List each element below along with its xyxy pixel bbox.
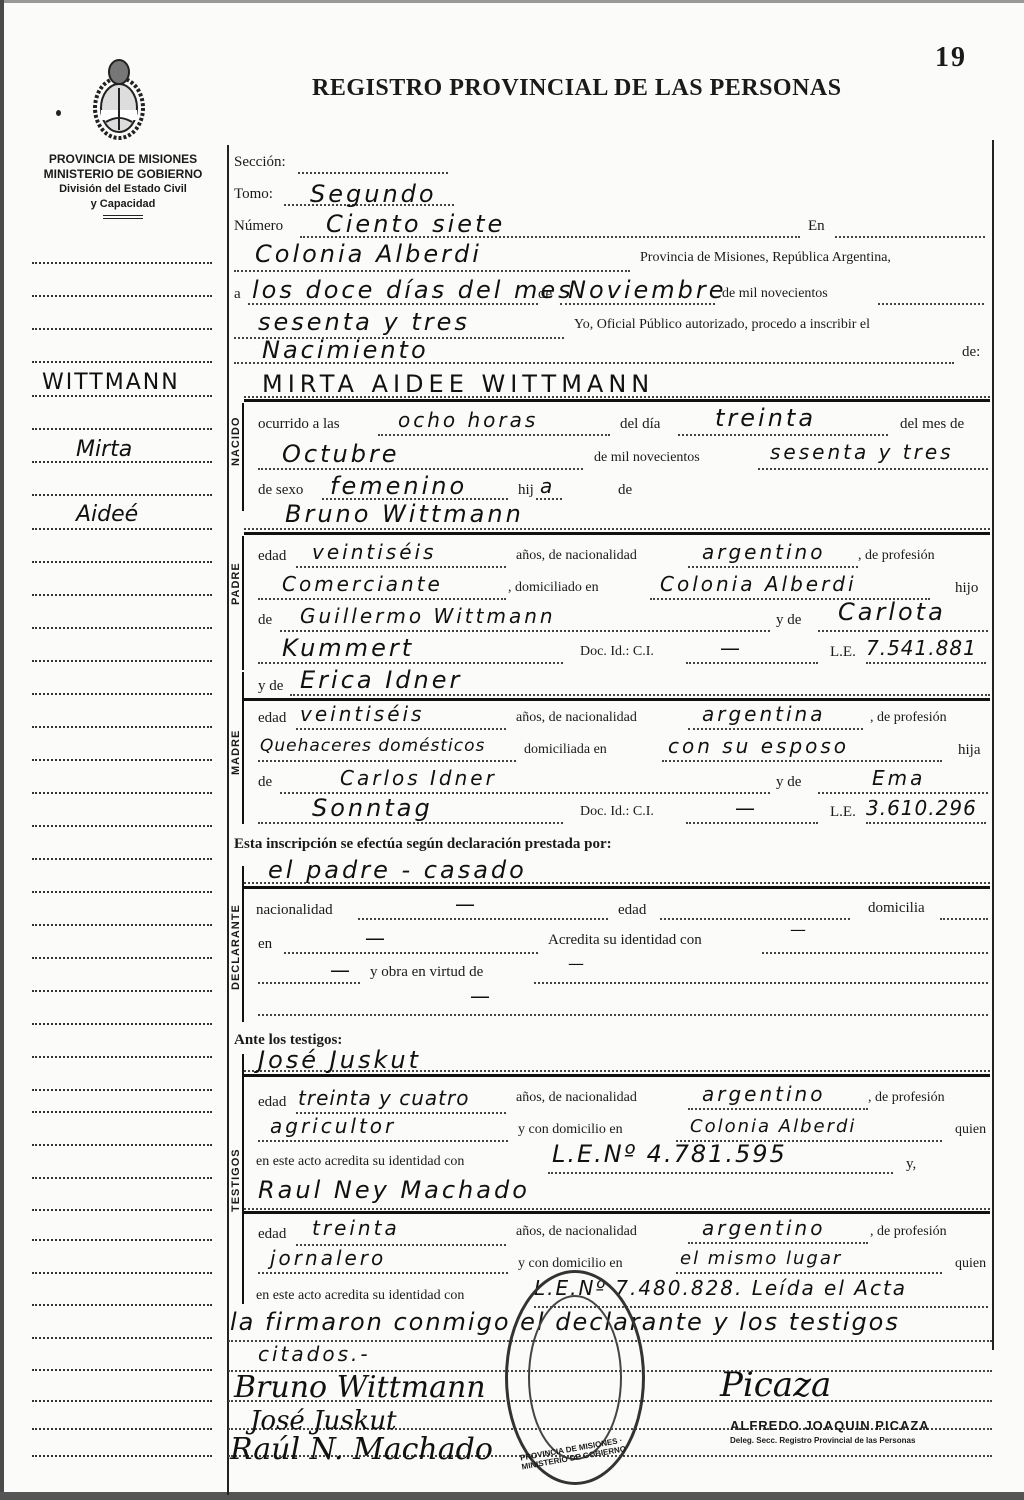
margin-line bbox=[32, 1056, 212, 1058]
year-field bbox=[758, 468, 988, 470]
margin-line bbox=[32, 528, 212, 530]
de-label: de bbox=[618, 482, 632, 499]
margin-line bbox=[32, 594, 212, 596]
maternal-grandmother-first: Ema bbox=[872, 766, 925, 790]
issuer-rule bbox=[103, 215, 143, 219]
margin-line bbox=[32, 792, 212, 794]
margin-line bbox=[32, 361, 212, 363]
quien-label: quien bbox=[955, 1256, 986, 1272]
year-field-a bbox=[878, 303, 984, 305]
witness1-profession: agricultor bbox=[270, 1114, 396, 1138]
mother-name-value: Erica Idner bbox=[300, 666, 462, 694]
margin-surname: WITTMANN bbox=[42, 370, 180, 395]
margin-line bbox=[32, 660, 212, 662]
declarante-intro: Esta inscripción se efectúa según declar… bbox=[234, 836, 612, 853]
a-label: a bbox=[234, 286, 241, 303]
maternal-grandfather-value: Carlos Idner bbox=[340, 766, 497, 790]
mother-le-value: 3.610.296 bbox=[866, 796, 977, 820]
act-type-value: Nacimiento bbox=[262, 336, 429, 364]
le-label: L.E. bbox=[830, 804, 856, 821]
de-label: de bbox=[258, 774, 272, 791]
edad-label: edad bbox=[258, 1094, 286, 1111]
page-number: 19 bbox=[935, 42, 967, 74]
witness1-address: Colonia Alberdi bbox=[690, 1116, 856, 1137]
witness2-name: Raul Ney Machado bbox=[258, 1176, 530, 1204]
document-title: REGISTRO PROVINCIAL DE LAS PERSONAS bbox=[312, 75, 842, 102]
section-rule bbox=[244, 399, 990, 403]
mother-nationality-value: argentina bbox=[702, 702, 825, 726]
quien-label: quien bbox=[955, 1122, 986, 1138]
domicilio-field bbox=[662, 760, 942, 762]
margin-line bbox=[32, 1400, 212, 1402]
form-right-border bbox=[992, 140, 994, 1350]
le-label: L.E. bbox=[830, 644, 856, 661]
grandmother-field bbox=[818, 630, 988, 632]
closing-text-2: citados.- bbox=[258, 1342, 371, 1366]
domicilio-label: , domiciliado en bbox=[508, 580, 599, 596]
margin-line bbox=[32, 759, 212, 761]
hij-field bbox=[536, 498, 562, 500]
declarante-bar bbox=[242, 866, 244, 1022]
mother-ci-value: — bbox=[735, 796, 758, 820]
profesion-label: , de profesión bbox=[870, 710, 947, 726]
margin-line bbox=[32, 561, 212, 563]
declarante-extra-field bbox=[258, 1014, 988, 1016]
profesion-label: , de profesión bbox=[868, 1090, 945, 1106]
ci-field bbox=[686, 662, 818, 664]
nacionalidad-label: años, de nacionalidad bbox=[516, 710, 637, 726]
issuer-province: PROVINCIA DE MISIONES bbox=[28, 152, 218, 167]
seccion-label: Sección: bbox=[234, 154, 286, 171]
hija-label: hija bbox=[958, 742, 981, 759]
edad-label: edad bbox=[258, 548, 286, 565]
nacionalidad-field bbox=[688, 1242, 868, 1244]
margin-line bbox=[32, 328, 212, 330]
obra-prefix-field bbox=[258, 982, 360, 984]
witness2-age: treinta bbox=[312, 1216, 400, 1240]
acredita-field bbox=[548, 1172, 893, 1174]
le-field bbox=[866, 662, 986, 664]
birth-month-value: Octubre bbox=[282, 440, 400, 468]
witness1-name: José Juskut bbox=[258, 1046, 421, 1074]
margin-line bbox=[32, 858, 212, 860]
margin-line bbox=[32, 1209, 212, 1211]
profesion-label: , de profesión bbox=[858, 548, 935, 564]
witness1-age: treinta y cuatro bbox=[298, 1086, 469, 1110]
profesion-field bbox=[258, 760, 516, 762]
witness2-profession: jornalero bbox=[270, 1246, 386, 1270]
nacionalidad-label: años, de nacionalidad bbox=[516, 1224, 637, 1240]
ocurrido-label: ocurrido a las bbox=[258, 416, 340, 433]
margin-line bbox=[32, 1023, 212, 1025]
section-rule bbox=[244, 886, 990, 890]
nacionalidad-field bbox=[358, 918, 608, 920]
de-label: de bbox=[538, 286, 552, 303]
nacionalidad-field bbox=[688, 728, 863, 730]
month-value: Noviembre bbox=[568, 276, 727, 304]
margin-line bbox=[32, 1177, 212, 1179]
profesion-field bbox=[258, 598, 506, 600]
seal-inner-ring bbox=[528, 1295, 622, 1460]
issuer-capacity: y Capacidad bbox=[28, 197, 218, 212]
acredita-label: Acredita su identidad con bbox=[548, 932, 702, 949]
domicilia-field bbox=[940, 918, 988, 920]
margin-line bbox=[32, 1089, 212, 1091]
margin-line bbox=[32, 1272, 212, 1274]
witness1-nationality: argentino bbox=[702, 1082, 825, 1106]
acredita-label: en este acto acredita su identidad con bbox=[256, 1288, 464, 1304]
section-rule bbox=[244, 1211, 990, 1215]
obra-label: y obra en virtud de bbox=[370, 964, 483, 981]
witness2-address: el mismo lugar bbox=[680, 1248, 842, 1269]
domicilia-label: domicilia bbox=[868, 900, 925, 917]
testigos-label: TESTIGOS bbox=[230, 1148, 242, 1212]
margin-line bbox=[32, 428, 212, 430]
y-label: y, bbox=[906, 1156, 916, 1173]
madre-bar bbox=[242, 672, 244, 824]
declarante-en-value: — bbox=[365, 926, 388, 950]
ink-dot bbox=[56, 110, 61, 116]
y-de-label: y de bbox=[258, 678, 283, 695]
margin-line bbox=[32, 494, 212, 496]
en-label: en bbox=[258, 936, 272, 953]
margin-line bbox=[32, 395, 212, 397]
en-field bbox=[284, 952, 538, 954]
year-value: sesenta y tres bbox=[258, 308, 470, 336]
nacionalidad-field bbox=[688, 566, 858, 568]
grandmother-surname-field bbox=[258, 822, 563, 824]
father-ci-value: — bbox=[720, 636, 743, 660]
witness2-name-field bbox=[244, 1208, 990, 1210]
seccion-field bbox=[298, 172, 448, 174]
witness1-id: L.E.Nº 4.781.595 bbox=[552, 1140, 787, 1168]
margin-line bbox=[32, 924, 212, 926]
de-label: de bbox=[258, 612, 272, 629]
officer-name: ALFREDO JOAQUIN PICAZA bbox=[730, 1418, 930, 1433]
officer-role: Deleg. Secc. Registro Provincial de las … bbox=[730, 1436, 915, 1445]
edad-field bbox=[660, 918, 850, 920]
doc-label: Doc. Id.: C.I. bbox=[580, 804, 654, 820]
margin-divider bbox=[227, 145, 229, 1495]
province-text: Provincia de Misiones, República Argenti… bbox=[640, 250, 891, 266]
issuer-block: PROVINCIA DE MISIONES MINISTERIO DE GOBI… bbox=[28, 152, 218, 219]
nacido-bar bbox=[242, 403, 244, 511]
margin-line bbox=[32, 957, 212, 959]
mother-profession-value: Quehaceres domésticos bbox=[260, 736, 485, 756]
father-age-value: veintiséis bbox=[312, 540, 436, 564]
hour-value: ocho horas bbox=[398, 408, 538, 432]
official-seal: PROVINCIA DE MISIONES · MINISTERIO DE GO… bbox=[505, 1270, 645, 1485]
father-le-value: 7.541.881 bbox=[866, 636, 977, 660]
margin-line bbox=[32, 1455, 212, 1457]
margin-line bbox=[32, 990, 212, 992]
domicilio-label: domiciliada en bbox=[524, 742, 607, 758]
signature-declarante: Bruno Wittmann bbox=[234, 1370, 486, 1405]
mother-address-value: con su esposo bbox=[668, 734, 849, 758]
argentine-coat-of-arms-icon bbox=[88, 58, 150, 144]
full-name-value: MIRTA AIDEE WITTMANN bbox=[262, 370, 654, 398]
grandfather-field bbox=[280, 630, 770, 632]
madre-label: MADRE bbox=[230, 730, 242, 775]
maternal-grandmother-surname: Sonntag bbox=[312, 794, 433, 822]
signature-witness2: Raúl N. Machado bbox=[230, 1432, 493, 1467]
paternal-grandfather-value: Guillermo Wittmann bbox=[300, 604, 556, 628]
profesion-field bbox=[258, 1140, 508, 1142]
sexo-label: de sexo bbox=[258, 482, 303, 499]
de-colon: de: bbox=[962, 344, 980, 361]
father-nationality-value: argentino bbox=[702, 540, 825, 564]
tomo-value: Segundo bbox=[310, 180, 437, 208]
dia-label: del día bbox=[620, 416, 660, 433]
hour-field bbox=[378, 434, 610, 436]
paternal-grandmother-first: Carlota bbox=[838, 598, 946, 626]
declarante-extra-value: — bbox=[470, 984, 493, 1008]
domicilio-field bbox=[676, 1272, 942, 1274]
page-edge-bottom bbox=[0, 1492, 1024, 1500]
witness2-nationality: argentino bbox=[702, 1216, 825, 1240]
margin-line bbox=[32, 295, 212, 297]
margin-line bbox=[32, 262, 212, 264]
acredita-label: en este acto acredita su identidad con bbox=[256, 1154, 464, 1170]
doc-label: Doc. Id.: C.I. bbox=[580, 644, 654, 660]
declarante-label: DECLARANTE bbox=[230, 904, 242, 990]
domicilio-label: y con domicilio en bbox=[518, 1122, 623, 1138]
father-name-value: Bruno Wittmann bbox=[285, 500, 524, 528]
page-edge-top bbox=[0, 0, 1024, 3]
nacionalidad-label: años, de nacionalidad bbox=[516, 1090, 637, 1106]
nacido-label: NACIDO bbox=[230, 417, 242, 466]
hijo-label: hijo bbox=[955, 580, 978, 597]
margin-line bbox=[32, 825, 212, 827]
father-address-value: Colonia Alberdi bbox=[660, 572, 857, 596]
section-rule bbox=[244, 532, 990, 536]
margin-first-name: Mirta bbox=[76, 437, 132, 462]
obra-field bbox=[534, 982, 988, 984]
acredita-field bbox=[762, 952, 988, 954]
hij-value: a bbox=[540, 474, 555, 498]
sexo-value: femenino bbox=[330, 472, 467, 500]
margin-line bbox=[32, 1304, 212, 1306]
declarante-nationality-value: — bbox=[455, 892, 478, 916]
margin-line bbox=[32, 627, 212, 629]
testigos-bar bbox=[242, 1054, 244, 1304]
edad-field bbox=[296, 728, 506, 730]
father-profession-value: Comerciante bbox=[282, 572, 443, 596]
numero-value: Ciento siete bbox=[326, 210, 505, 238]
mes-label: del mes de bbox=[900, 416, 964, 433]
padre-bar bbox=[242, 536, 244, 670]
hij-label: hij bbox=[518, 482, 534, 499]
le-field bbox=[866, 822, 986, 824]
declarante-name-value: el padre - casado bbox=[268, 856, 527, 884]
signature-officer: Picaza bbox=[720, 1365, 831, 1405]
margin-line bbox=[32, 1144, 212, 1146]
tomo-label: Tomo: bbox=[234, 186, 273, 203]
issuer-ministry: MINISTERIO DE GOBIERNO bbox=[28, 167, 218, 182]
declarante-obra-prefix: — bbox=[330, 958, 353, 982]
margin-line bbox=[32, 891, 212, 893]
margin-line bbox=[32, 1428, 212, 1430]
year-label: de mil novecientos bbox=[594, 450, 700, 466]
en-label: En bbox=[808, 218, 825, 235]
en-field bbox=[835, 236, 985, 238]
declarante-acredita-value: — bbox=[790, 920, 809, 939]
edad-label: edad bbox=[258, 1226, 286, 1243]
birth-year-value: sesenta y tres bbox=[770, 440, 954, 464]
day-value: los doce días del mes bbox=[252, 276, 574, 304]
grandmother-surname-field bbox=[258, 662, 563, 664]
profesion-field bbox=[258, 1272, 508, 1274]
official-text: Yo, Oficial Público autorizado, procedo … bbox=[574, 317, 870, 333]
issuer-division: División del Estado Civil bbox=[28, 182, 218, 197]
padre-label: PADRE bbox=[230, 562, 242, 605]
margin-line bbox=[32, 1111, 212, 1113]
margin-line bbox=[32, 1239, 212, 1241]
margin-line bbox=[32, 1369, 212, 1371]
place-field bbox=[234, 270, 630, 272]
nacionalidad-label: nacionalidad bbox=[256, 902, 333, 919]
margin-line bbox=[32, 726, 212, 728]
nacionalidad-field bbox=[688, 1108, 868, 1110]
page-edge-left bbox=[0, 0, 4, 1500]
day-field bbox=[678, 434, 888, 436]
profesion-label: , de profesión bbox=[870, 1224, 947, 1240]
birth-certificate-page: 19 REGISTRO PROVINCIAL DE LAS PERSONAS P… bbox=[0, 0, 1024, 1500]
year-prefix: de mil novecientos bbox=[722, 286, 828, 302]
margin-line bbox=[32, 1337, 212, 1339]
mother-name-field bbox=[290, 694, 990, 696]
place-value: Colonia Alberdi bbox=[255, 240, 482, 268]
section-rule bbox=[244, 1074, 990, 1078]
paternal-grandmother-surname: Kummert bbox=[282, 634, 414, 662]
y-de-label: y de bbox=[776, 774, 801, 791]
mother-age-value: veintiséis bbox=[300, 702, 424, 726]
declarante-obra-value: — bbox=[568, 954, 587, 973]
margin-line bbox=[32, 693, 212, 695]
birth-day-value: treinta bbox=[715, 404, 816, 432]
father-name-field bbox=[244, 528, 990, 530]
numero-label: Número bbox=[234, 218, 283, 235]
ci-field bbox=[686, 822, 818, 824]
grandmother-field bbox=[818, 792, 988, 794]
nacionalidad-label: años, de nacionalidad bbox=[516, 548, 637, 564]
edad-label: edad bbox=[618, 902, 646, 919]
month-field bbox=[258, 468, 583, 470]
edad-field bbox=[296, 566, 506, 568]
y-de-label: y de bbox=[776, 612, 801, 629]
edad-label: edad bbox=[258, 710, 286, 727]
margin-second-name: Aideé bbox=[76, 502, 138, 527]
